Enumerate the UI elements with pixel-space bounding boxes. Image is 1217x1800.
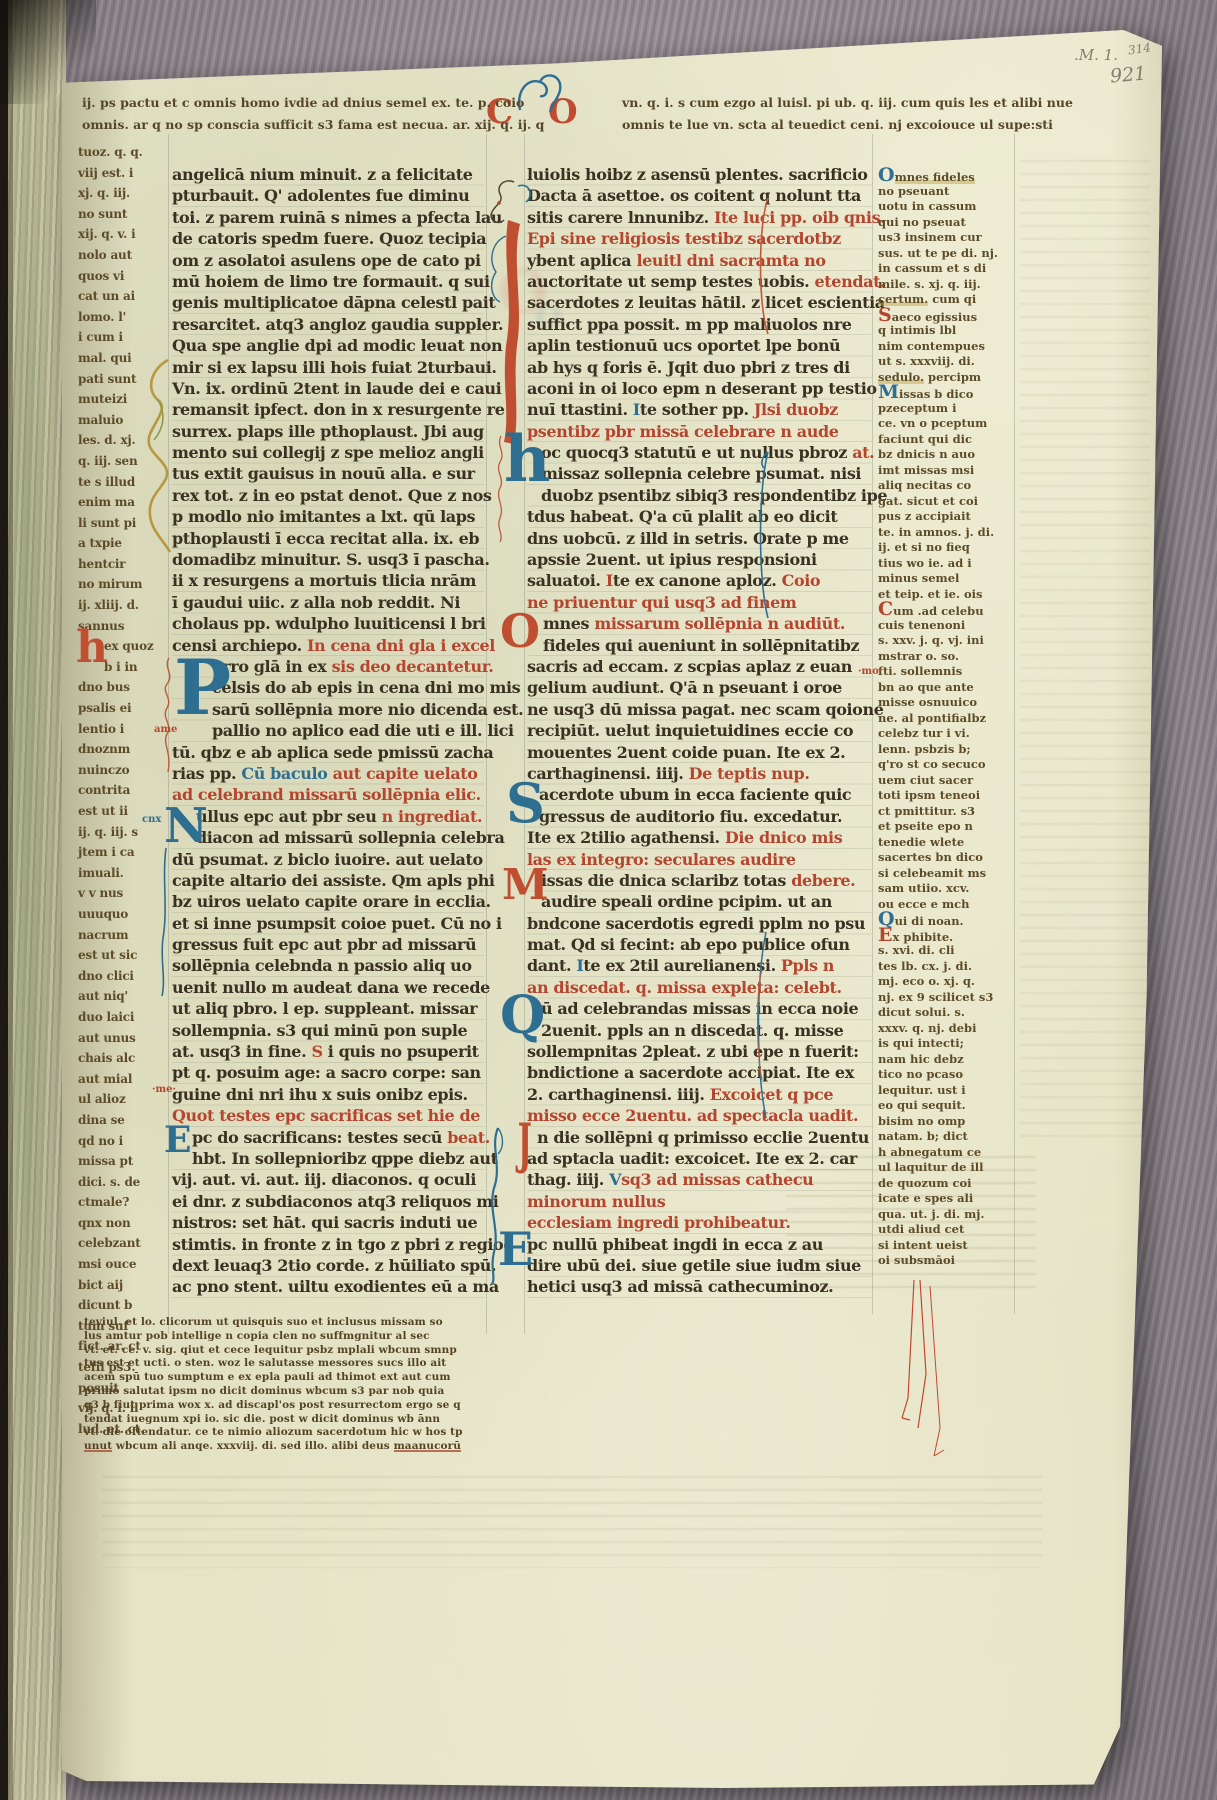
text-segment: q. iij. sen bbox=[78, 454, 137, 468]
text-line: uenit nullo m audeat dana we recede bbox=[172, 977, 484, 998]
text-line: nim contempues bbox=[878, 339, 1012, 355]
text-segment: Ite luci pp. oib qnis. bbox=[714, 208, 885, 227]
bottom-gloss-block: teviul. et lo. clicorum ut quisquis suo … bbox=[84, 1316, 704, 1454]
text-line: lequitur. ust i bbox=[878, 1083, 1012, 1099]
cadel-flourish-gold bbox=[142, 356, 176, 556]
text-line: cuis tenenoni bbox=[878, 618, 1012, 634]
text-segment: pc do sacrificans: testes secū bbox=[192, 1128, 447, 1147]
text-segment: ne usq3 dū missa pagat. nec scam qoione bbox=[527, 700, 883, 719]
text-segment: duobz psentibz sibiq3 respondentibz ipe bbox=[541, 486, 887, 505]
text-segment: sollēpnia celebnda n passio aliq uo bbox=[172, 956, 472, 975]
text-segment: aut niq' bbox=[78, 989, 128, 1003]
text-line: ce. vn o pceptum bbox=[878, 416, 1012, 432]
text-segment: s. xvi. di. cli bbox=[878, 943, 955, 957]
text-line: pus z accipiait bbox=[878, 509, 1012, 525]
text-line: mj. eco o. xj. q. bbox=[878, 974, 1012, 990]
text-line: saluatoi. Ite ex canone aploz. Coio bbox=[527, 570, 872, 591]
text-segment: missaz sollepnia celebre psumat. nisi bbox=[541, 464, 861, 483]
text-segment: aliq necitas co bbox=[878, 478, 971, 492]
text-line: vij. aut. vi. aut. iij. diaconos. q ocul… bbox=[172, 1169, 484, 1190]
text-segment: n die sollēpni q primisso ecclie 2uentu bbox=[537, 1128, 869, 1147]
text-segment: xxxv. q. nj. debi bbox=[878, 1021, 976, 1035]
text-segment: Die dnico mis bbox=[725, 828, 842, 847]
text-line: imt missas msi bbox=[878, 463, 1012, 479]
text-line: ne priuentur qui usq3 ad finem bbox=[527, 592, 872, 613]
text-line: dicunt b bbox=[78, 1295, 174, 1316]
text-segment: a txpie bbox=[78, 536, 122, 550]
text-line: fideles qui aueniunt in sollēpnitatibz bbox=[527, 635, 872, 656]
text-line: ei dnr. z subdiaconos atq3 reliquos mi bbox=[172, 1191, 484, 1212]
text-line: guine dni nri ihu x suis onibz epis. bbox=[172, 1084, 484, 1105]
text-segment: nolo aut bbox=[78, 248, 132, 262]
text-segment: ct pmittitur. s3 bbox=[878, 804, 975, 818]
text-segment: vn. q. i. s cum ezgo al luisl. pi ub. q.… bbox=[622, 95, 1073, 110]
text-segment: celebz tur i vi. bbox=[878, 726, 970, 740]
margin-note-ame: ame bbox=[154, 724, 177, 735]
text-line: dū psumat. z biclo iuoire. aut uelato bbox=[172, 849, 484, 870]
text-segment: ul alioz bbox=[78, 1092, 126, 1106]
pen-trial-marks bbox=[900, 1278, 980, 1468]
text-segment: maanucorū bbox=[394, 1440, 461, 1452]
text-segment: tdus habeat. Q'a cū plalit ab eo dicit bbox=[527, 507, 837, 526]
text-segment: vij. aut. vi. aut. iij. diaconos. q ocul… bbox=[172, 1170, 476, 1189]
text-segment: gressus fuit epc aut pbr ad missarū bbox=[172, 935, 476, 954]
text-segment: omnis te lue vn. scta al teuedict ceni. … bbox=[622, 117, 1053, 132]
text-segment: celsis do ab epis in cena dni mo mis bbox=[212, 678, 520, 697]
text-line: 2. carthaginensi. iiij. Excoicet q pce bbox=[527, 1084, 872, 1105]
text-line: pzeceptum i bbox=[878, 401, 1012, 417]
text-line: certum. cum qi bbox=[878, 292, 1012, 308]
text-segment: etendat. bbox=[815, 272, 886, 291]
text-segment: vt. die oftendatur. ce te nimio aliozum … bbox=[84, 1426, 463, 1438]
text-segment: an discedat. q. missa expleta: celebt. bbox=[527, 978, 842, 997]
text-line: dant. Ite ex 2til aurelianensi. Ppls n bbox=[527, 955, 872, 976]
text-segment: rias pp. bbox=[172, 764, 241, 783]
manuscript-photo: .M. 1. 314 921 C O O o ij. ps pactu et c… bbox=[0, 0, 1217, 1800]
text-segment: tuoz. q. q. bbox=[78, 145, 143, 159]
text-line: q intimis lbl bbox=[878, 323, 1012, 339]
text-segment: aut mial bbox=[78, 1072, 132, 1086]
text-line: cholaus pp. wdulpho luuiticensi l bri bbox=[172, 613, 484, 634]
text-line: us3 insinem cur bbox=[878, 230, 1012, 246]
text-segment: aeco egissius bbox=[892, 310, 977, 324]
text-segment: issas b dico bbox=[899, 387, 973, 401]
text-line: dina se bbox=[78, 1110, 174, 1131]
initial-s-col2: S bbox=[506, 776, 545, 830]
text-segment: dant. bbox=[527, 956, 576, 975]
text-segment: Ppls n bbox=[781, 956, 834, 975]
text-segment: jtem i ca bbox=[78, 845, 134, 859]
text-line: pturbauit. Q' adolentes fue diminu bbox=[172, 185, 484, 206]
text-line: sitis carere lnnunibz. Ite luci pp. oib … bbox=[527, 207, 872, 228]
text-line: viij est. i bbox=[78, 163, 174, 184]
text-segment: guine dni nri ihu x suis onibz epis. bbox=[172, 1085, 468, 1104]
text-segment: misse osnuuico bbox=[878, 695, 977, 709]
text-line: unut wbcum ali anqe. xxxviij. di. sed il… bbox=[84, 1440, 704, 1454]
initial-i-col2: J bbox=[518, 1116, 532, 1170]
text-line: dns uobcū. z illd in setris. Orate p me bbox=[527, 528, 872, 549]
text-segment: contrita bbox=[78, 783, 130, 797]
text-line: acerdote ubum in ecca faciente quic bbox=[527, 784, 872, 805]
pencil-folio-number: 921 bbox=[1109, 62, 1147, 87]
text-line: mir si ex lapsu illi hois fuiat 2turbaui… bbox=[172, 357, 484, 378]
text-line: pc do sacrificans: testes secū beat. bbox=[172, 1127, 484, 1148]
text-segment: maluio bbox=[78, 413, 123, 427]
text-segment: fti. sollemnis bbox=[878, 664, 962, 678]
text-segment: acem spū tuo sumptum e ex epla pauli ad … bbox=[84, 1371, 451, 1383]
text-segment: i quis no psuperit bbox=[323, 1042, 479, 1061]
text-segment: is qui intecti; bbox=[878, 1036, 964, 1050]
text-segment: bn ao que ante bbox=[878, 680, 974, 694]
text-segment: celebzant bbox=[78, 1236, 141, 1250]
text-segment: tes lb. cx. j. di. bbox=[878, 959, 972, 973]
text-segment: lenn. psbzis b; bbox=[878, 742, 971, 756]
text-line: duobz psentibz sibiq3 respondentibz ipe bbox=[527, 485, 872, 506]
text-line: omnis. ar q no sp conscia sufficit s3 fa… bbox=[82, 114, 502, 136]
text-segment: nuinczo bbox=[78, 763, 129, 777]
text-segment: nacrum bbox=[78, 928, 128, 942]
text-line: dext leuaq3 2tio corde. z hūiliato spū. bbox=[172, 1255, 484, 1276]
text-segment: q'ro st co secuco bbox=[878, 757, 986, 771]
text-line: xxxv. q. nj. debi bbox=[878, 1021, 1012, 1037]
text-segment: minorum bbox=[527, 1192, 607, 1211]
initial-e-col1: E bbox=[164, 1122, 191, 1158]
text-segment: qui no pseuat bbox=[878, 215, 966, 229]
text-line: gressus fuit epc aut pbr ad missarū bbox=[172, 934, 484, 955]
text-segment: recipiūt. uelut inquietuidines eccie co bbox=[527, 721, 853, 740]
filigree-red-h bbox=[494, 434, 508, 544]
text-line: ctmale? bbox=[78, 1192, 174, 1213]
text-segment: uem ciut sacer bbox=[878, 773, 973, 787]
text-segment: q intimis lbl bbox=[878, 323, 956, 337]
text-segment: xij. q. v. i bbox=[78, 227, 135, 241]
text-line: capite altario dei assiste. Qm apls phi bbox=[172, 870, 484, 891]
text-line: tes lb. cx. j. di. bbox=[878, 959, 1012, 975]
text-segment: acerdote ubum in ecca faciente quic bbox=[539, 785, 851, 804]
text-segment: q3 b fiut prima wox x. ad discapl'os pos… bbox=[84, 1399, 461, 1411]
text-segment: faciunt qui dic bbox=[878, 432, 972, 446]
text-segment: bz dnicis n auo bbox=[878, 447, 975, 461]
text-segment: les. d. xj. bbox=[78, 433, 136, 447]
text-segment: dicunt b bbox=[78, 1298, 132, 1312]
text-line: no pseuant bbox=[878, 184, 1012, 200]
text-line: et pseite epo n bbox=[878, 819, 1012, 835]
text-segment: Vn. ix. ordinū 2tent in laude dei e caui bbox=[172, 379, 501, 398]
text-segment: Epi sine religiosis testibz sacerdotbz bbox=[527, 229, 841, 248]
text-line: sus. ut te pe di. nj. bbox=[878, 246, 1012, 262]
text-segment: mir si ex lapsu illi hois fuiat 2turbaui… bbox=[172, 358, 497, 377]
text-line: tius wo ie. ad i bbox=[878, 556, 1012, 572]
text-segment: audire speali ordine pcipim. ut an bbox=[541, 892, 832, 911]
text-line: qd no i bbox=[78, 1131, 174, 1152]
text-line: suffict ppa possit. m pp maliuolos nre bbox=[527, 314, 872, 335]
text-line: mat. Qd si fecint: ab epo publice ofun bbox=[527, 934, 872, 955]
text-segment: ij. ps pactu et c omnis homo ivdie ad dn… bbox=[82, 95, 524, 110]
text-line: ut aliq pbro. l ep. suppleant. missar bbox=[172, 998, 484, 1019]
text-line: gressus de auditorio fiu. excedatur. bbox=[527, 806, 872, 827]
flourish-blue-bracket bbox=[754, 450, 772, 620]
text-line: diacon ad missarū sollepnia celebra bbox=[172, 827, 484, 848]
text-segment: no sunt bbox=[78, 207, 127, 221]
text-segment: aut unus bbox=[78, 1031, 136, 1045]
text-segment: Qua spe anglie dpi ad modic leuat non bbox=[172, 336, 502, 355]
text-line: bn ao que ante bbox=[878, 680, 1012, 696]
text-segment: ab hys q foris ē. Jqit duo pbri z tres d… bbox=[527, 358, 850, 377]
text-segment: dext leuaq3 2tio corde. z hūiliato spū. bbox=[172, 1256, 496, 1275]
text-segment: tico no pcaso bbox=[878, 1067, 963, 1081]
text-line: sollempnia. s3 qui minū pon suple bbox=[172, 1020, 484, 1041]
text-segment: angelicā nium minuit. z a felicitate bbox=[172, 165, 473, 184]
text-segment: diacon ad missarū sollepnia celebra bbox=[196, 828, 504, 847]
text-line: sacertes bn dico bbox=[878, 850, 1012, 866]
text-segment: duo laici bbox=[78, 1010, 134, 1024]
text-line: apssie 2uent. ut ipius responsioni bbox=[527, 549, 872, 570]
text-line: Omnes fideles bbox=[878, 168, 1012, 184]
text-segment: uotu in cassum bbox=[878, 199, 976, 213]
text-line: natam. b; dict bbox=[878, 1129, 1012, 1145]
text-segment: lus amtur pob intellige n copia clen no … bbox=[84, 1330, 430, 1342]
text-line: ne usq3 dū missa pagat. nec scam qoione bbox=[527, 699, 872, 720]
text-line: hbt. In sollepnioribz qppe diebz aut bbox=[172, 1148, 484, 1169]
text-line: nam hic debz bbox=[878, 1052, 1012, 1068]
margin-note-me: ·me· bbox=[152, 1084, 176, 1095]
text-segment: de catoris spedm fuere. Quoz tecipia bbox=[172, 229, 486, 248]
text-line: tuoz. q. q. bbox=[78, 142, 174, 163]
text-segment: cuis tenenoni bbox=[878, 618, 965, 632]
text-line: tico no pcaso bbox=[878, 1067, 1012, 1083]
showthrough-margin bbox=[1020, 160, 1150, 1140]
text-line: toti ipsm teneoi bbox=[878, 788, 1012, 804]
text-line: sam utiio. xcv. bbox=[878, 881, 1012, 897]
ruling-line bbox=[1014, 134, 1015, 1314]
text-line: Missas b dico bbox=[878, 385, 1012, 401]
top-gloss-left: ij. ps pactu et c omnis homo ivdie ad dn… bbox=[82, 92, 502, 136]
text-segment: wbcum ali anqe. xxxviij. di. sed illo. a… bbox=[112, 1440, 393, 1452]
text-line: aliq necitas co bbox=[878, 478, 1012, 494]
text-line: dici. s. de bbox=[78, 1172, 174, 1193]
margin-note-mo: ·mo· bbox=[858, 666, 882, 677]
text-line: Saeco egissius bbox=[878, 308, 1012, 324]
text-line: hentcir bbox=[78, 554, 174, 575]
text-segment: ce. vn o pceptum bbox=[878, 416, 987, 430]
text-segment: cholaus pp. wdulpho luuiticensi l bri bbox=[172, 614, 486, 633]
text-line: teviul. et lo. clicorum ut quisquis suo … bbox=[84, 1316, 704, 1330]
text-segment: ū ad celebrandas missas in ecca noie bbox=[541, 999, 858, 1018]
initial-h-left-gloss: h bbox=[76, 626, 108, 670]
text-segment: resarcitet. atq3 angloz gaudia suppler. bbox=[172, 315, 503, 334]
text-line: tenedie wlete bbox=[878, 835, 1012, 851]
text-line: te. in amnos. j. di. bbox=[878, 525, 1012, 541]
text-segment: domadibz minuitur. S. usq3 ī pascha. bbox=[172, 550, 490, 569]
text-segment: ac pno stent. uiltu exodientes eū a ma bbox=[172, 1277, 499, 1296]
text-line: i cum i bbox=[78, 327, 174, 348]
text-line: rias pp. Cū baculo aut capite uelato bbox=[172, 763, 484, 784]
text-segment: sacertes bn dico bbox=[878, 850, 983, 864]
parchment-page: .M. 1. 314 921 C O O o ij. ps pactu et c… bbox=[62, 30, 1162, 1788]
text-segment: carthaginensi. iiij. bbox=[527, 764, 689, 783]
flourish-blue-bracket-2 bbox=[752, 930, 770, 1120]
text-segment: misso ecce 2uentu. ad spectacla uadit. bbox=[527, 1106, 858, 1125]
text-segment: hbt. In sollepnioribz qppe diebz aut bbox=[192, 1149, 498, 1168]
text-line: mouentes 2uent coide puan. Ite ex 2. bbox=[527, 742, 872, 763]
text-line: misso ecce 2uentu. ad spectacla uadit. bbox=[527, 1105, 872, 1126]
text-segment: dū psumat. z biclo iuoire. aut uelato bbox=[172, 850, 483, 869]
text-segment: quos vi bbox=[78, 269, 124, 283]
text-line: mento sui collegij z spe melioz angli bbox=[172, 442, 484, 463]
text-segment: xj. q. iij. bbox=[78, 186, 130, 200]
text-line: vn. q. i. s cum ezgo al luisl. pi ub. q.… bbox=[622, 92, 1062, 114]
text-segment: tenedie wlete bbox=[878, 835, 964, 849]
text-line: at. usq3 in fine. S i quis no psuperit bbox=[172, 1041, 484, 1062]
text-segment: ne. al pontifialbz bbox=[878, 711, 986, 725]
text-segment: bndcone sacerdotis egredi pplm no psu bbox=[527, 914, 865, 933]
text-segment: minus semel bbox=[878, 571, 959, 585]
text-line: an discedat. q. missa expleta: celebt. bbox=[527, 977, 872, 998]
text-segment: Excoicet q pce bbox=[710, 1085, 833, 1104]
text-line: issas die dnica sclaribz totas debere. bbox=[527, 870, 872, 891]
text-segment: lequitur. ust i bbox=[878, 1083, 966, 1097]
text-segment: si celebeamit ms bbox=[878, 866, 986, 880]
text-segment: cat un ai bbox=[78, 289, 135, 303]
text-line: xij. q. v. i bbox=[78, 224, 174, 245]
text-line: las ex integro: seculares audire bbox=[527, 849, 872, 870]
text-segment: tus extit gauisus in nouū alla. e sur bbox=[172, 464, 475, 483]
text-segment: tendat iuegnum xpi io. sic die. post w d… bbox=[84, 1413, 440, 1425]
text-segment: i cum i bbox=[78, 330, 123, 344]
text-segment: gelium audiunt. Q'ā n pseuant i oroe bbox=[527, 678, 842, 697]
initial-p-col1: P bbox=[174, 650, 231, 726]
text-segment: sis deo decantetur. bbox=[332, 657, 494, 676]
text-segment: b i in bbox=[104, 660, 137, 674]
text-line: in cassum et s di bbox=[878, 261, 1012, 277]
text-segment: stimtis. in fronte z in tgo z pbri z reg… bbox=[172, 1235, 513, 1254]
text-segment: Dacta ā asettoe. os coitent q nolunt tta bbox=[527, 186, 861, 205]
text-segment: mj. eco o. xj. q. bbox=[878, 974, 975, 988]
text-line: q'ro st co secuco bbox=[878, 757, 1012, 773]
text-line: faciunt qui dic bbox=[878, 432, 1012, 448]
text-segment: no mirum bbox=[78, 577, 142, 591]
text-segment: luiolis hoibz z asensū plentes. sacrific… bbox=[527, 165, 868, 184]
text-segment: viij est. i bbox=[78, 166, 133, 180]
text-line: s. xvi. di. cli bbox=[878, 943, 1012, 959]
initial-m-col2: M bbox=[502, 864, 549, 906]
text-line: bndcone sacerdotis egredi pplm no psu bbox=[527, 913, 872, 934]
text-line: domadibz minuitur. S. usq3 ī pascha. bbox=[172, 549, 484, 570]
text-line: angelicā nium minuit. z a felicitate bbox=[172, 164, 484, 185]
text-segment: bict aij bbox=[78, 1278, 123, 1292]
text-segment: tus est et ucti. o sten. woz le salutass… bbox=[84, 1357, 446, 1369]
text-segment: gat. sicut et coi bbox=[878, 494, 978, 508]
text-line: ab hys q foris ē. Jqit duo pbri z tres d… bbox=[527, 357, 872, 378]
text-segment: nam hic debz bbox=[878, 1052, 964, 1066]
text-segment: sarū sollēpnia more nio dicenda est. bbox=[212, 700, 523, 719]
text-line: nolo aut bbox=[78, 245, 174, 266]
text-segment: sollempnitas 2pleat. z ubi epe n fuerit: bbox=[527, 1042, 859, 1061]
text-line: aconi in oi loco epm n deserant pp testi… bbox=[527, 378, 872, 399]
text-segment: aplin testionuū ucs oportet lpe bonū bbox=[527, 336, 840, 355]
text-segment: omnis. ar q no sp conscia sufficit s3 fa… bbox=[82, 117, 544, 132]
text-segment: vt. et. ce. v. sig. qiut et cece lequitu… bbox=[84, 1344, 457, 1356]
text-line: remansit ipfect. don in x resurgente re bbox=[172, 399, 484, 420]
text-segment: surrex. plaps ille pthoplaust. Jbi aug bbox=[172, 422, 484, 441]
text-line: surrex. plaps ille pthoplaust. Jbi aug bbox=[172, 421, 484, 442]
text-line: acem spū tuo sumptum e ex epla pauli ad … bbox=[84, 1371, 704, 1385]
text-segment: pzeceptum i bbox=[878, 401, 956, 415]
text-line: missa pt bbox=[78, 1151, 174, 1172]
text-line: chais alc bbox=[78, 1048, 174, 1069]
text-segment: mat. Qd si fecint: ab epo publice ofun bbox=[527, 935, 850, 954]
text-segment: dno clici bbox=[78, 969, 134, 983]
text-line: sollēpnia celebnda n passio aliq uo bbox=[172, 955, 484, 976]
text-line: oc quocq3 statutū e ut nullus pbroz at. bbox=[527, 442, 872, 463]
text-line: et si inne psumpsit coioe puet. Cū no i bbox=[172, 913, 484, 934]
initial-n-col1: N bbox=[164, 802, 208, 850]
text-line: n die sollēpni q primisso ecclie 2uentu bbox=[527, 1127, 872, 1148]
text-segment: est ut sic bbox=[78, 948, 137, 962]
pencil-shelfmark: .M. 1. bbox=[1074, 46, 1118, 64]
text-line: om z asolatoi asulens ope de cato pi bbox=[172, 250, 484, 271]
text-segment: debere. bbox=[791, 871, 855, 890]
text-line: contrita bbox=[78, 780, 174, 801]
text-line: fti. sollemnis bbox=[878, 664, 1012, 680]
text-segment: genis multiplicatoe dāpna celestl pait bbox=[172, 293, 495, 312]
text-line: luiolis hoibz z asensū plentes. sacrific… bbox=[527, 164, 872, 185]
text-segment: te. in amnos. j. di. bbox=[878, 525, 994, 539]
text-segment: Jlsi duobz bbox=[754, 400, 838, 419]
text-line: nuī ttastini. Ite sother pp. Jlsi duobz bbox=[527, 399, 872, 420]
text-segment: ybent aplica bbox=[527, 251, 636, 270]
text-line: nj. ex 9 scilicet s3 bbox=[878, 990, 1012, 1006]
text-line: gelium audiunt. Q'ā n pseuant i oroe bbox=[527, 677, 872, 698]
text-segment: no pseuant bbox=[878, 184, 949, 198]
grand-initial-cadel-face bbox=[478, 176, 534, 456]
text-segment: nim contempues bbox=[878, 339, 985, 353]
text-line: uotu in cassum bbox=[878, 199, 1012, 215]
text-segment: et si inne psumpsit coioe puet. Cū no i bbox=[172, 914, 502, 933]
text-line: mū hoiem de limo tre formauit. q sui bbox=[172, 271, 484, 292]
text-line: Cum .ad celebu bbox=[878, 602, 1012, 618]
text-segment: pthoplausti ī ecca recitat alla. ix. eb bbox=[172, 529, 479, 548]
text-line: psentibz pbr missā celebrare n aude bbox=[527, 421, 872, 442]
text-segment: psentibz pbr missā celebrare n aude bbox=[527, 422, 839, 441]
text-segment: apssie 2uent. ut ipius responsioni bbox=[527, 550, 817, 569]
text-segment: remansit ipfect. don in x resurgente re bbox=[172, 400, 504, 419]
text-segment: pturbauit. Q' adolentes fue diminu bbox=[172, 186, 469, 205]
text-line: missaz sollepnia celebre psumat. nisi bbox=[527, 463, 872, 484]
text-line: p modlo nio imitantes a lxt. qū laps bbox=[172, 506, 484, 527]
text-segment: mstrar o. so. bbox=[878, 649, 959, 663]
text-segment: at. usq3 in fine. bbox=[172, 1042, 311, 1061]
text-segment: imt missas msi bbox=[878, 463, 974, 477]
text-segment: at. bbox=[852, 443, 874, 462]
text-segment: S bbox=[311, 1042, 322, 1061]
text-segment: hentcir bbox=[78, 557, 125, 571]
text-segment: uenit nullo m audeat dana we recede bbox=[172, 978, 490, 997]
text-segment: ij. et si no fieq bbox=[878, 540, 970, 554]
text-line: duo laici bbox=[78, 1007, 174, 1028]
text-line: msi ouce bbox=[78, 1254, 174, 1275]
text-segment: I bbox=[606, 571, 613, 590]
text-segment: dici. s. de bbox=[78, 1175, 140, 1189]
text-line: ct pmittitur. s3 bbox=[878, 804, 1012, 820]
text-segment: ecclesiam ingredi prohibeatur. bbox=[527, 1213, 791, 1232]
text-segment: qnx non bbox=[78, 1216, 131, 1230]
text-line: bz uiros uelato capite orare in ecclia. bbox=[172, 891, 484, 912]
text-line: vt. et. ce. v. sig. qiut et cece lequitu… bbox=[84, 1344, 704, 1358]
text-segment: suffict ppa possit. m pp maliuolos nre bbox=[527, 315, 852, 334]
text-segment: mnes bbox=[543, 614, 594, 633]
text-segment: bz uiros uelato capite orare in ecclia. bbox=[172, 892, 491, 911]
